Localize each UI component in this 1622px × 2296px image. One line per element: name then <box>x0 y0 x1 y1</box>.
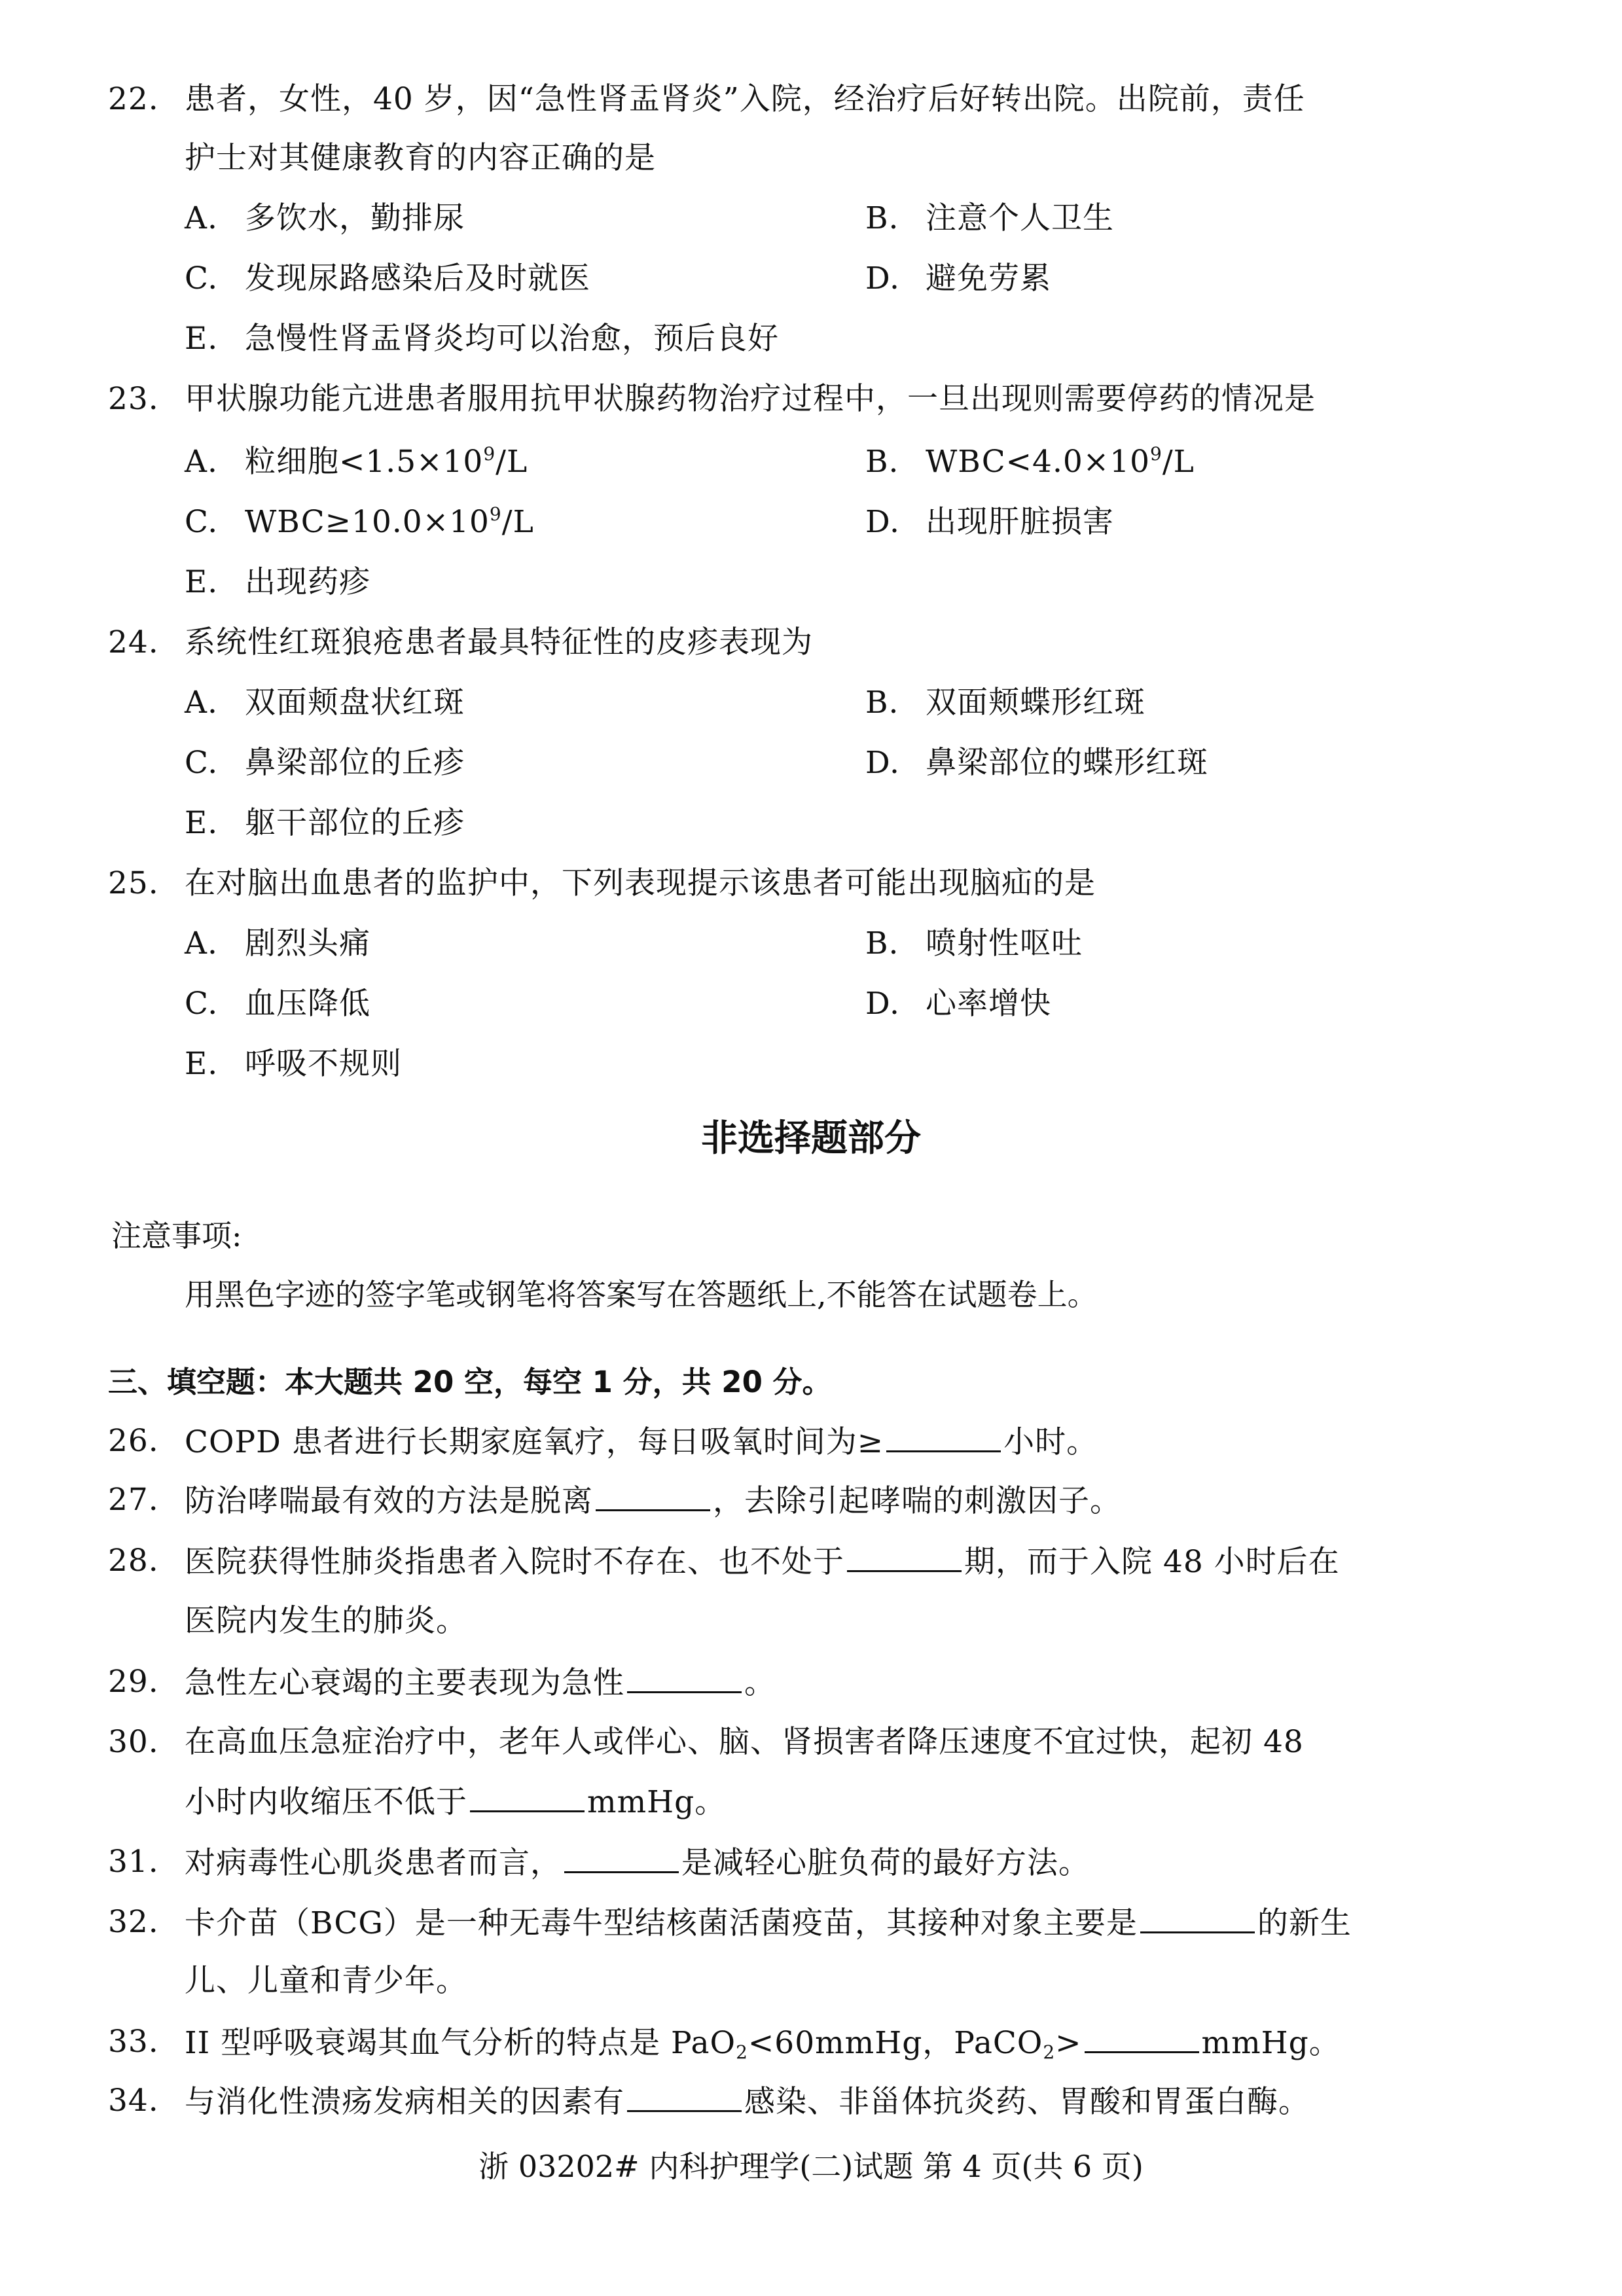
question-text: 医院内发生的肺炎。 <box>185 1602 467 1641</box>
text-before-blank: COPD 患者进行长期家庭氧疗，每日吸氧时间为≥ <box>185 1424 884 1460</box>
option-letter: B. <box>865 683 926 723</box>
option-letter: A. <box>185 683 245 723</box>
option-text: 注意个人卫生 <box>926 200 1114 236</box>
option-letter: C. <box>185 503 245 542</box>
option-b[interactable]: B.双面颊蝶形红斑 <box>865 683 1145 723</box>
option-letter: D. <box>865 259 926 298</box>
question-text: 在高血压急症治疗中，老年人或伴心、脑、肾损害者降压速度不宜过快，起初 48 <box>185 1723 1304 1762</box>
question-number: 27. <box>108 1480 159 1520</box>
option-letter: E. <box>185 1045 245 1084</box>
text-after-blank: 感染、非甾体抗炎药、胃酸和胃蛋白酶。 <box>744 2084 1310 2120</box>
question-text: COPD 患者进行长期家庭氧疗，每日吸氧时间为≥小时。 <box>185 1422 1098 1462</box>
text-after-blank: 期，而于入院 48 小时后在 <box>964 1544 1340 1580</box>
option-letter: E. <box>185 804 245 843</box>
text-after-blank: mmHg。 <box>1202 2025 1341 2061</box>
option-letter: A. <box>185 924 245 963</box>
option-letter: B. <box>865 442 926 482</box>
text-after-blank: ，去除引起哮喘的刺激因子。 <box>713 1483 1121 1519</box>
text-segment: <60mmHg，PaCO <box>748 2025 1043 2061</box>
option-text: 喷射性呕吐 <box>926 925 1083 961</box>
exponent: 9 <box>1150 443 1162 465</box>
unit: /L <box>1162 444 1195 480</box>
option-text: 躯干部位的丘疹 <box>245 805 465 841</box>
option-a[interactable]: A.剧烈头痛 <box>185 924 370 963</box>
option-text: 呼吸不规则 <box>245 1046 402 1082</box>
notice-heading: 注意事项: <box>111 1216 242 1255</box>
text-before-blank: 小时内收缩压不低于 <box>185 1784 467 1820</box>
text-before-blank: 与消化性溃疡发病相关的因素有 <box>185 2084 624 2120</box>
option-letter: C. <box>185 259 245 298</box>
option-letter: E. <box>185 319 245 359</box>
option-letter: B. <box>865 924 926 963</box>
question-text: II 型呼吸衰竭其血气分析的特点是 PaO2<60mmHg，PaCO2>mmHg… <box>185 2022 1341 2063</box>
text-before-blank: 医院获得性肺炎指患者入院时不存在、也不处于 <box>185 1544 844 1580</box>
option-e[interactable]: E.呼吸不规则 <box>185 1045 402 1084</box>
unit: /L <box>502 504 534 540</box>
option-text: WBC<4.0×10 <box>926 444 1150 480</box>
option-text: 血压降低 <box>245 986 370 1022</box>
option-d[interactable]: D.心率增快 <box>865 984 1051 1024</box>
question-number: 34. <box>108 2081 159 2121</box>
question-text: 医院获得性肺炎指患者入院时不存在、也不处于期，而于入院 48 小时后在 <box>185 1541 1340 1582</box>
answer-blank[interactable] <box>627 1662 742 1693</box>
page-footer: 浙 03202# 内科护理学(二)试题 第 4 页(共 6 页) <box>0 2147 1622 2186</box>
option-b[interactable]: B.喷射性呕吐 <box>865 924 1083 963</box>
text-after-blank: 小时。 <box>1003 1424 1098 1460</box>
option-c[interactable]: C.发现尿路感染后及时就医 <box>185 259 590 298</box>
question-number: 29. <box>108 1662 159 1702</box>
option-letter: D. <box>865 984 926 1024</box>
question-text: 在对脑出血患者的监护中，下列表现提示该患者可能出现脑疝的是 <box>185 864 1096 903</box>
exponent: 9 <box>490 503 502 525</box>
answer-blank[interactable] <box>627 2081 742 2112</box>
question-text: 小时内收缩压不低于mmHg。 <box>185 1782 726 1822</box>
text-before-blank: 对病毒性心肌炎患者而言， <box>185 1845 562 1881</box>
question-text: 甲状腺功能亢进患者服用抗甲状腺药物治疗过程中，一旦出现则需要停药的情况是 <box>185 380 1316 419</box>
section-title: 非选择题部分 <box>0 1116 1622 1162</box>
option-letter: B. <box>865 199 926 238</box>
option-text: 粒细胞<1.5×10 <box>245 444 483 480</box>
option-c[interactable]: C.WBC≥10.0×109/L <box>185 503 534 542</box>
option-b[interactable]: B.注意个人卫生 <box>865 199 1114 238</box>
option-b[interactable]: B.WBC<4.0×109/L <box>865 442 1195 482</box>
option-letter: A. <box>185 199 245 238</box>
option-d[interactable]: D.出现肝脏损害 <box>865 503 1114 542</box>
option-letter: D. <box>865 503 926 542</box>
option-text: 心率增快 <box>926 986 1051 1022</box>
answer-blank[interactable] <box>564 1842 679 1873</box>
option-text: 出现药疹 <box>245 564 370 600</box>
option-c[interactable]: C.血压降低 <box>185 984 370 1024</box>
question-number: 33. <box>108 2022 159 2062</box>
option-a[interactable]: A.双面颊盘状红斑 <box>185 683 465 723</box>
text-before-blank: 卡介苗（BCG）是一种无毒牛型结核菌活菌疫苗，其接种对象主要是 <box>185 1905 1138 1941</box>
option-text: 出现肝脏损害 <box>926 504 1114 540</box>
notice-body: 用黑色字迹的签字笔或钢笔将答案写在答题纸上,不能答在试题卷上。 <box>185 1275 1098 1314</box>
question-number: 22. <box>108 80 159 119</box>
answer-blank[interactable] <box>886 1422 1001 1452</box>
option-text: 双面颊蝶形红斑 <box>926 685 1145 721</box>
question-number: 25. <box>108 864 159 903</box>
question-text: 防治哮喘最有效的方法是脱离，去除引起哮喘的刺激因子。 <box>185 1480 1121 1521</box>
answer-blank[interactable] <box>596 1480 710 1511</box>
option-d[interactable]: D.避免劳累 <box>865 259 1051 298</box>
text-after-blank: mmHg。 <box>587 1784 726 1820</box>
question-text: 急性左心衰竭的主要表现为急性。 <box>185 1662 776 1703</box>
question-number: 30. <box>108 1723 159 1762</box>
subscript: 2 <box>736 2041 748 2063</box>
question-number: 23. <box>108 380 159 419</box>
answer-blank[interactable] <box>847 1541 962 1572</box>
part3-heading: 三、填空题：本大题共 20 空，每空 1 分，共 20 分。 <box>108 1363 832 1402</box>
question-text: 与消化性溃疡发病相关的因素有感染、非甾体抗炎药、胃酸和胃蛋白酶。 <box>185 2081 1310 2122</box>
exponent: 9 <box>483 443 496 465</box>
option-text: 急慢性肾盂肾炎均可以治愈，预后良好 <box>245 321 779 357</box>
text-before-blank: 急性左心衰竭的主要表现为急性 <box>185 1665 624 1701</box>
option-text: 剧烈头痛 <box>245 925 370 961</box>
answer-blank[interactable] <box>1085 2022 1199 2053</box>
question-text: 对病毒性心肌炎患者而言，是减轻心脏负荷的最好方法。 <box>185 1842 1090 1883</box>
question-text: 儿、儿童和青少年。 <box>185 1962 467 2001</box>
answer-blank[interactable] <box>1140 1903 1255 1933</box>
option-e[interactable]: E.躯干部位的丘疹 <box>185 804 465 843</box>
question-number: 31. <box>108 1842 159 1882</box>
option-letter: E. <box>185 563 245 602</box>
text-segment: II 型呼吸衰竭其血气分析的特点是 PaO <box>185 2025 736 2061</box>
question-number: 26. <box>108 1422 159 1461</box>
option-d[interactable]: D.鼻梁部位的蝶形红斑 <box>865 744 1208 783</box>
option-c[interactable]: C.鼻梁部位的丘疹 <box>185 744 465 783</box>
text-after-blank: 的新生 <box>1257 1905 1352 1941</box>
option-text: 多饮水，勤排尿 <box>245 200 465 236</box>
question-text: 系统性红斑狼疮患者最具特征性的皮疹表现为 <box>185 623 813 662</box>
option-e[interactable]: E.急慢性肾盂肾炎均可以治愈，预后良好 <box>185 319 779 359</box>
question-number: 28. <box>108 1541 159 1581</box>
option-e[interactable]: E.出现药疹 <box>185 563 370 602</box>
option-text: 鼻梁部位的丘疹 <box>245 745 465 781</box>
subscript: 2 <box>1043 2041 1055 2063</box>
answer-blank[interactable] <box>470 1782 585 1812</box>
question-number: 24. <box>108 623 159 662</box>
question-text: 护士对其健康教育的内容正确的是 <box>185 139 656 178</box>
question-text: 卡介苗（BCG）是一种无毒牛型结核菌活菌疫苗，其接种对象主要是的新生 <box>185 1903 1352 1943</box>
option-text: 避免劳累 <box>926 260 1051 296</box>
option-letter: C. <box>185 744 245 783</box>
option-text: 双面颊盘状红斑 <box>245 685 465 721</box>
option-a[interactable]: A.粒细胞<1.5×109/L <box>185 442 528 482</box>
option-letter: D. <box>865 744 926 783</box>
text-after-blank: 是减轻心脏负荷的最好方法。 <box>681 1845 1090 1881</box>
text-before-blank: 防治哮喘最有效的方法是脱离 <box>185 1483 593 1519</box>
option-a[interactable]: A.多饮水，勤排尿 <box>185 199 465 238</box>
option-text: 鼻梁部位的蝶形红斑 <box>926 745 1208 781</box>
option-text: 发现尿路感染后及时就医 <box>245 260 590 296</box>
option-letter: A. <box>185 442 245 482</box>
text-segment: > <box>1055 2025 1081 2061</box>
option-letter: C. <box>185 984 245 1024</box>
option-text: WBC≥10.0×10 <box>245 504 490 540</box>
question-number: 32. <box>108 1903 159 1942</box>
text-after-blank: 。 <box>744 1665 776 1701</box>
question-text: 患者，女性，40 岁，因“急性肾盂肾炎”入院，经治疗后好转出院。出院前，责任 <box>185 80 1305 119</box>
unit: /L <box>496 444 528 480</box>
